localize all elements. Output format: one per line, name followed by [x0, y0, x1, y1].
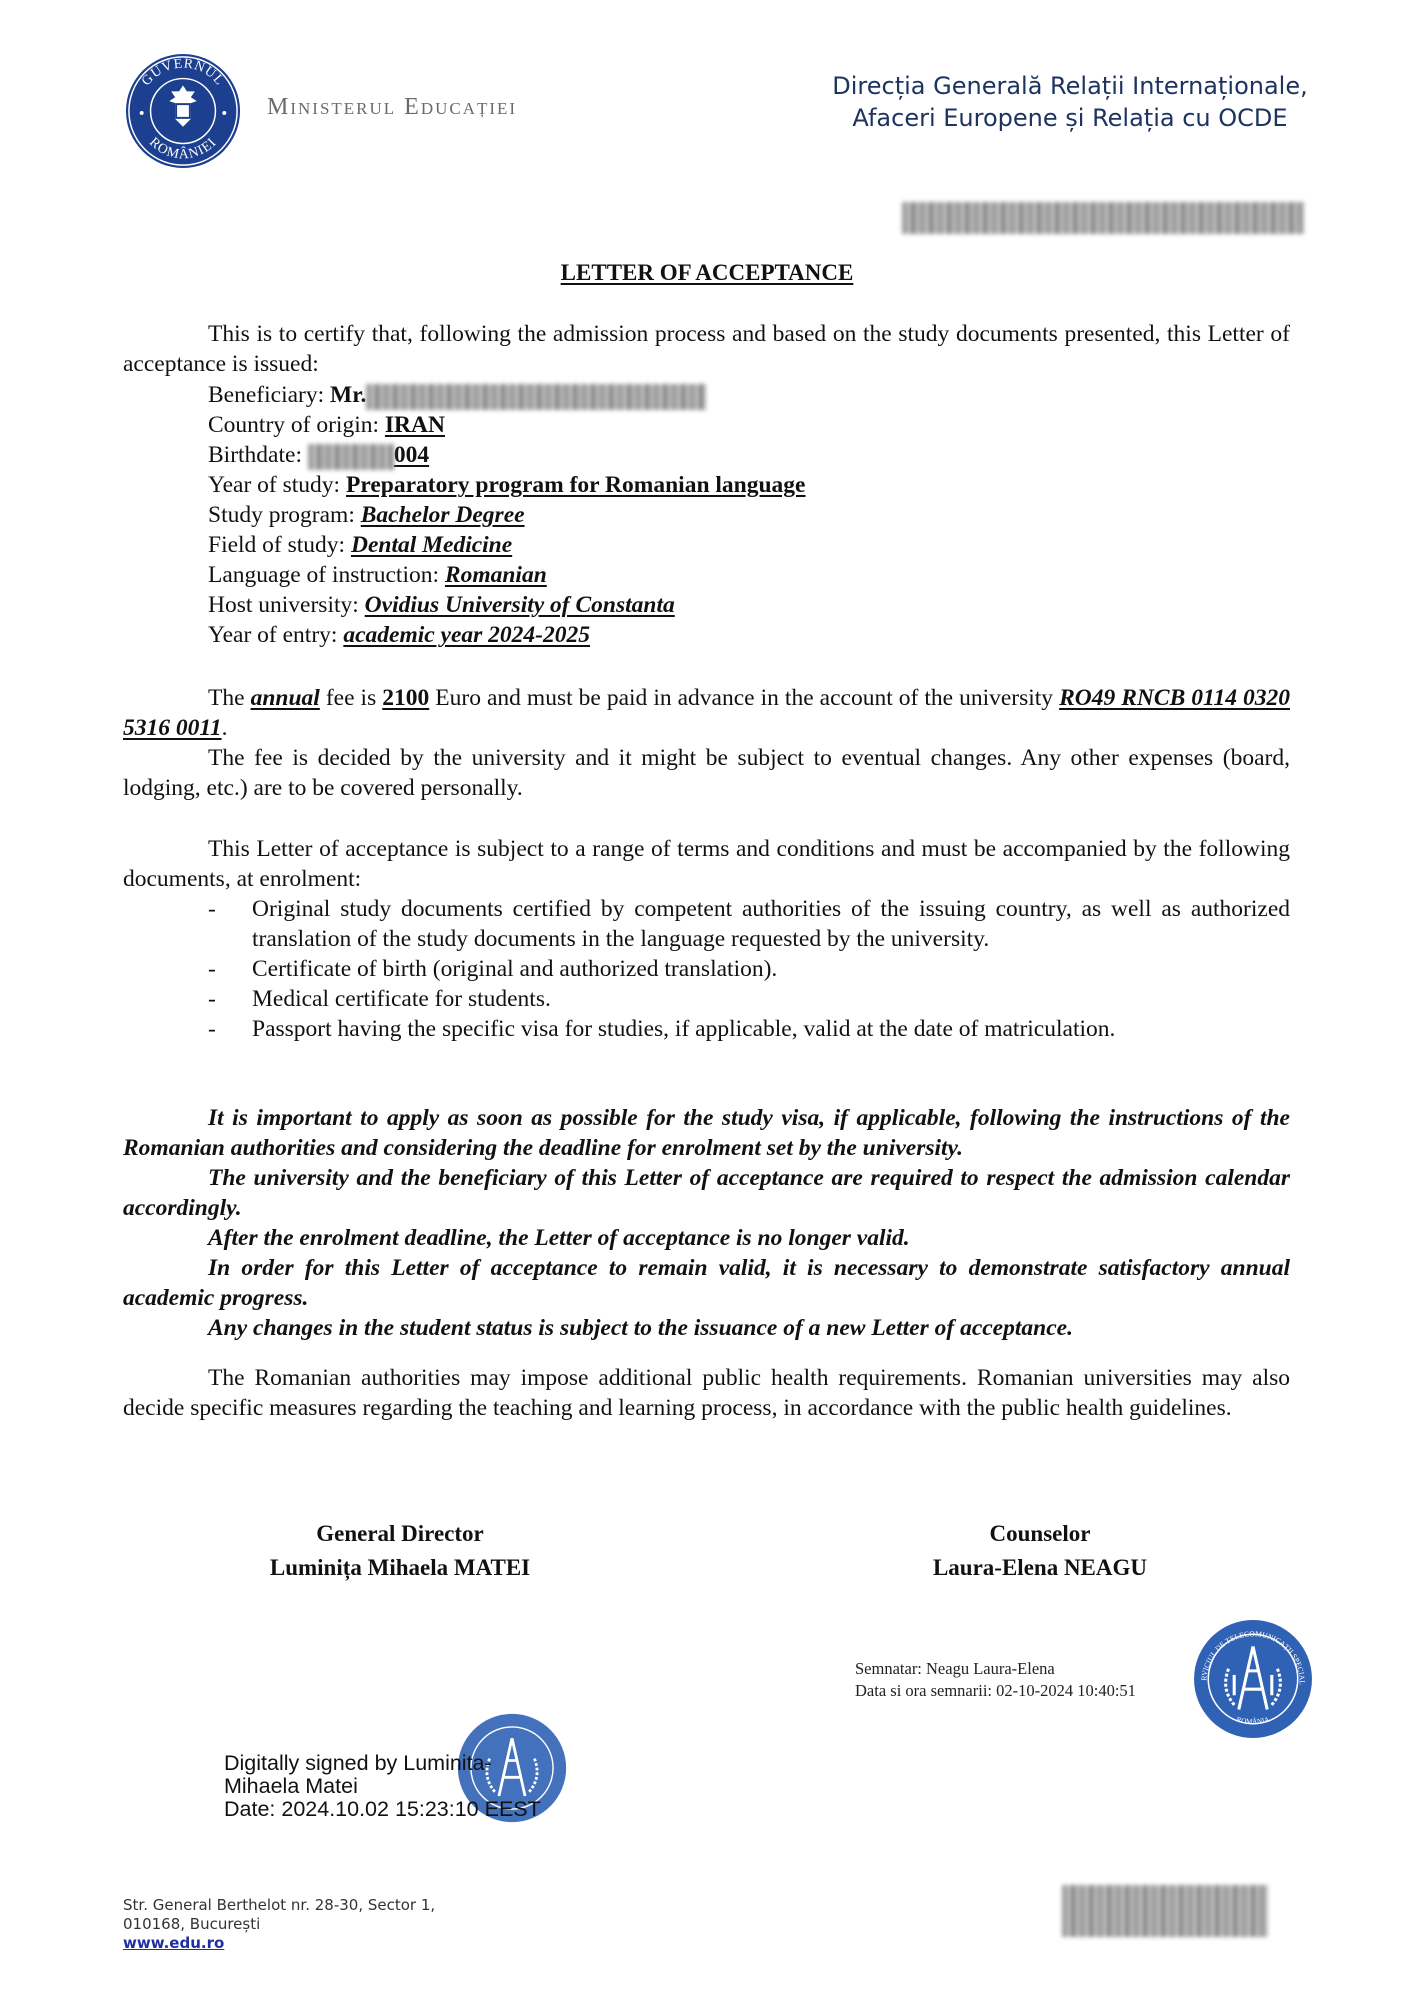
website-link[interactable]: www.edu.ro: [123, 1934, 224, 1952]
government-seal-icon: GUVERNUL ROMÂNIEI: [124, 52, 242, 170]
list-item: Medical certificate for students.: [123, 984, 1290, 1014]
field-study-program: Study program: Bachelor Degree: [208, 500, 806, 530]
list-item: Original study documents certified by co…: [123, 894, 1290, 954]
signature-counselor: Counselor Laura-Elena NEAGU: [860, 1517, 1220, 1585]
counselor-esignature: Semnatar: Neagu Laura-Elena Data si ora …: [855, 1658, 1136, 1702]
list-item: Certificate of birth (original and autho…: [123, 954, 1290, 984]
list-item: Passport having the specific visa for st…: [123, 1014, 1290, 1044]
field-year-of-study: Year of study: Preparatory program for R…: [208, 470, 806, 500]
redacted-footer-code: [1062, 1885, 1268, 1937]
field-beneficiary: Beneficiary: Mr.: [208, 380, 806, 410]
field-language: Language of instruction: Romanian: [208, 560, 806, 590]
document-title: LETTER OF ACCEPTANCE: [0, 260, 1414, 286]
field-host-university: Host university: Ovidius University of C…: [208, 590, 806, 620]
health-paragraph: The Romanian authorities may impose addi…: [123, 1363, 1290, 1423]
letter-page: GUVERNUL ROMÂNIEI Ministerul Educației D…: [0, 0, 1414, 2000]
ministry-name: Ministerul Educației: [267, 94, 517, 121]
redacted-beneficiary-name: [366, 384, 706, 410]
redacted-reference-number: [902, 202, 1304, 234]
director-digital-signature: Digitally signed by Luminita- Mihaela Ma…: [224, 1752, 541, 1821]
field-field-of-study: Field of study: Dental Medicine: [208, 530, 806, 560]
beneficiary-fields: Beneficiary: Mr. Country of origin: IRAN…: [208, 380, 806, 650]
required-documents-list: Original study documents certified by co…: [123, 894, 1290, 1044]
intro-paragraph: This is to certify that, following the a…: [123, 319, 1290, 379]
terms-section: This Letter of acceptance is subject to …: [123, 834, 1290, 1044]
directorate-name: Direcția Generală Relații Internaționale…: [820, 70, 1320, 134]
sts-stamp-icon: SERVICIUL DE TELECOMUNICAȚII SPECIALE RO…: [1192, 1618, 1314, 1740]
important-notices: It is important to apply as soon as poss…: [123, 1103, 1290, 1343]
fee-changes-paragraph: The fee is decided by the university and…: [123, 743, 1290, 803]
signature-general-director: General Director Luminița Mihaela MATEI: [220, 1517, 580, 1585]
redacted-birthdate: [308, 444, 394, 470]
footer-address: Str. General Berthelot nr. 28-30, Sector…: [123, 1896, 435, 1953]
field-year-of-entry: Year of entry: academic year 2024-2025: [208, 620, 806, 650]
field-birthdate: Birthdate: 004: [208, 440, 806, 470]
fee-paragraph: The annual fee is 2100 Euro and must be …: [123, 683, 1290, 743]
field-country: Country of origin: IRAN: [208, 410, 806, 440]
fee-section: The annual fee is 2100 Euro and must be …: [123, 683, 1290, 803]
